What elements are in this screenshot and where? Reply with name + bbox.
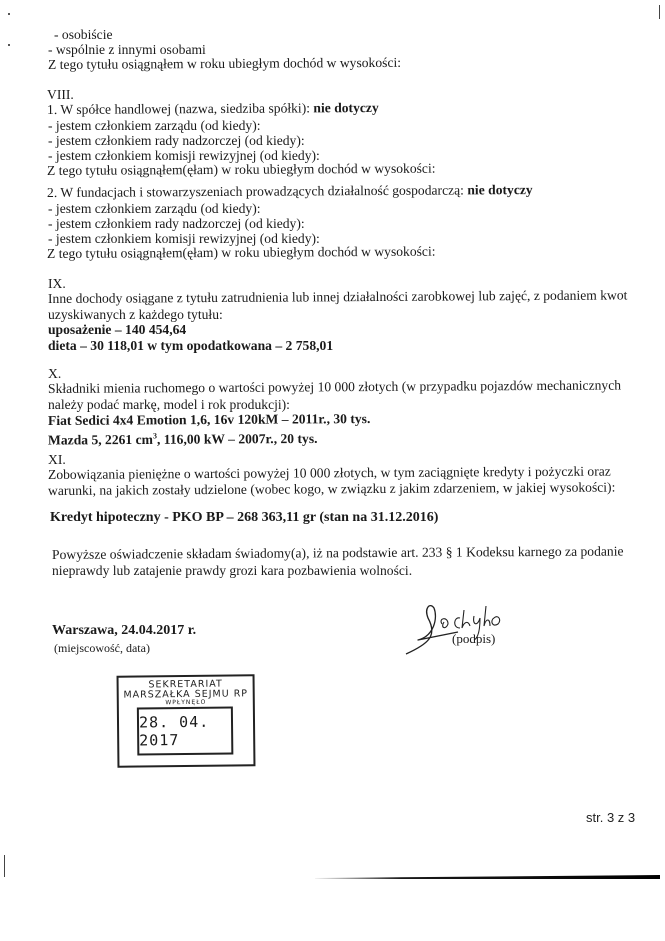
- stamp-date: 28. 04. 2017: [137, 707, 233, 756]
- section-xi-text: warunki, na jakich zostały udzielone (wo…: [48, 480, 615, 499]
- vehicle-item: Mazda 5, 2261 cm3, 116,00 kW – 2007r., 2…: [48, 427, 318, 448]
- scan-edge-mark: [4, 855, 5, 877]
- declaration-line: nieprawdy lub zatajenie prawdy grozi kar…: [52, 563, 412, 579]
- vehicle-item: Fiat Sedici 4x4 Emotion 1,6, 16v 120kM –…: [48, 411, 370, 429]
- item2-line: - jestem członkiem rady nadzorczej (od k…: [48, 216, 305, 232]
- received-stamp: SEKRETARIAT MARSZAŁKA SEJMU RP WPŁYNĘŁO …: [117, 674, 256, 767]
- item2-line: Z tego tytułu osiągnąłem(ęłam) w roku ub…: [47, 244, 436, 262]
- section-xi-heading: XI.: [48, 452, 66, 468]
- intro-line: - osobiście: [54, 27, 113, 43]
- place-date-caption: (miejscowość, data): [54, 640, 150, 656]
- section-viii-item2: 2. W fundacjach i stowarzyszeniach prowa…: [47, 182, 533, 201]
- item1-label: 1. W spółce handlowej (nazwa, siedziba s…: [47, 100, 313, 117]
- income-value: uposażenie – 140 454,64: [48, 322, 186, 338]
- vehicle2-part: , 116,00 kW – 2007r., 20 tys.: [157, 431, 318, 447]
- section-x-text: należy podać markę, model i rok produkcj…: [48, 397, 290, 413]
- scan-speck: [8, 44, 10, 46]
- vehicle2-part: Mazda 5, 2261 cm: [48, 432, 153, 448]
- item1-line: - jestem członkiem zarządu (od kiedy):: [48, 118, 261, 134]
- signature-caption: (podpis): [452, 631, 495, 647]
- intro-line: Z tego tytułu osiągnąłem w roku ubiegłym…: [48, 55, 401, 73]
- section-ix-heading: IX.: [48, 276, 66, 292]
- item2-value: nie dotyczy: [467, 182, 532, 197]
- item1-value: nie dotyczy: [313, 100, 378, 115]
- liability-value: Kredyt hipoteczny - PKO BP – 268 363,11 …: [50, 510, 438, 526]
- section-ix-text: uzyskiwanych z każdego tytułu:: [48, 307, 223, 323]
- item2-label: 2. W fundacjach i stowarzyszeniach prowa…: [47, 182, 467, 200]
- section-x-text: Składniki mienia ruchomego o wartości po…: [48, 377, 621, 397]
- scan-edge-mark: [659, 5, 660, 19]
- income-value: dieta – 30 118,01 w tym opodatkowana – 2…: [48, 338, 333, 354]
- section-viii-item1: 1. W spółce handlowej (nazwa, siedziba s…: [47, 100, 379, 118]
- item1-line: - jestem członkiem rady nadzorczej (od k…: [48, 133, 305, 149]
- stamp-line: WPŁYNĘŁO: [119, 698, 253, 706]
- scan-speck: [8, 13, 10, 15]
- section-ix-text: Inne dochody osiągane z tytułu zatrudnie…: [48, 287, 628, 307]
- declaration-line: Powyższe oświadczenie składam świadomy(a…: [52, 544, 624, 563]
- place-date: Warszawa, 24.04.2017 r.: [52, 623, 196, 639]
- section-x-heading: X.: [48, 366, 61, 382]
- page-number: str. 3 z 3: [586, 810, 635, 825]
- section-viii-heading: VIII.: [47, 87, 74, 103]
- item2-line: - jestem członkiem zarządu (od kiedy):: [48, 201, 261, 217]
- item1-line: Z tego tytułu osiągnąłem(ęłam) w roku ub…: [47, 161, 436, 179]
- document-page: - osobiście - wspólnie z innymi osobami …: [0, 0, 665, 941]
- bottom-rule: [315, 874, 660, 879]
